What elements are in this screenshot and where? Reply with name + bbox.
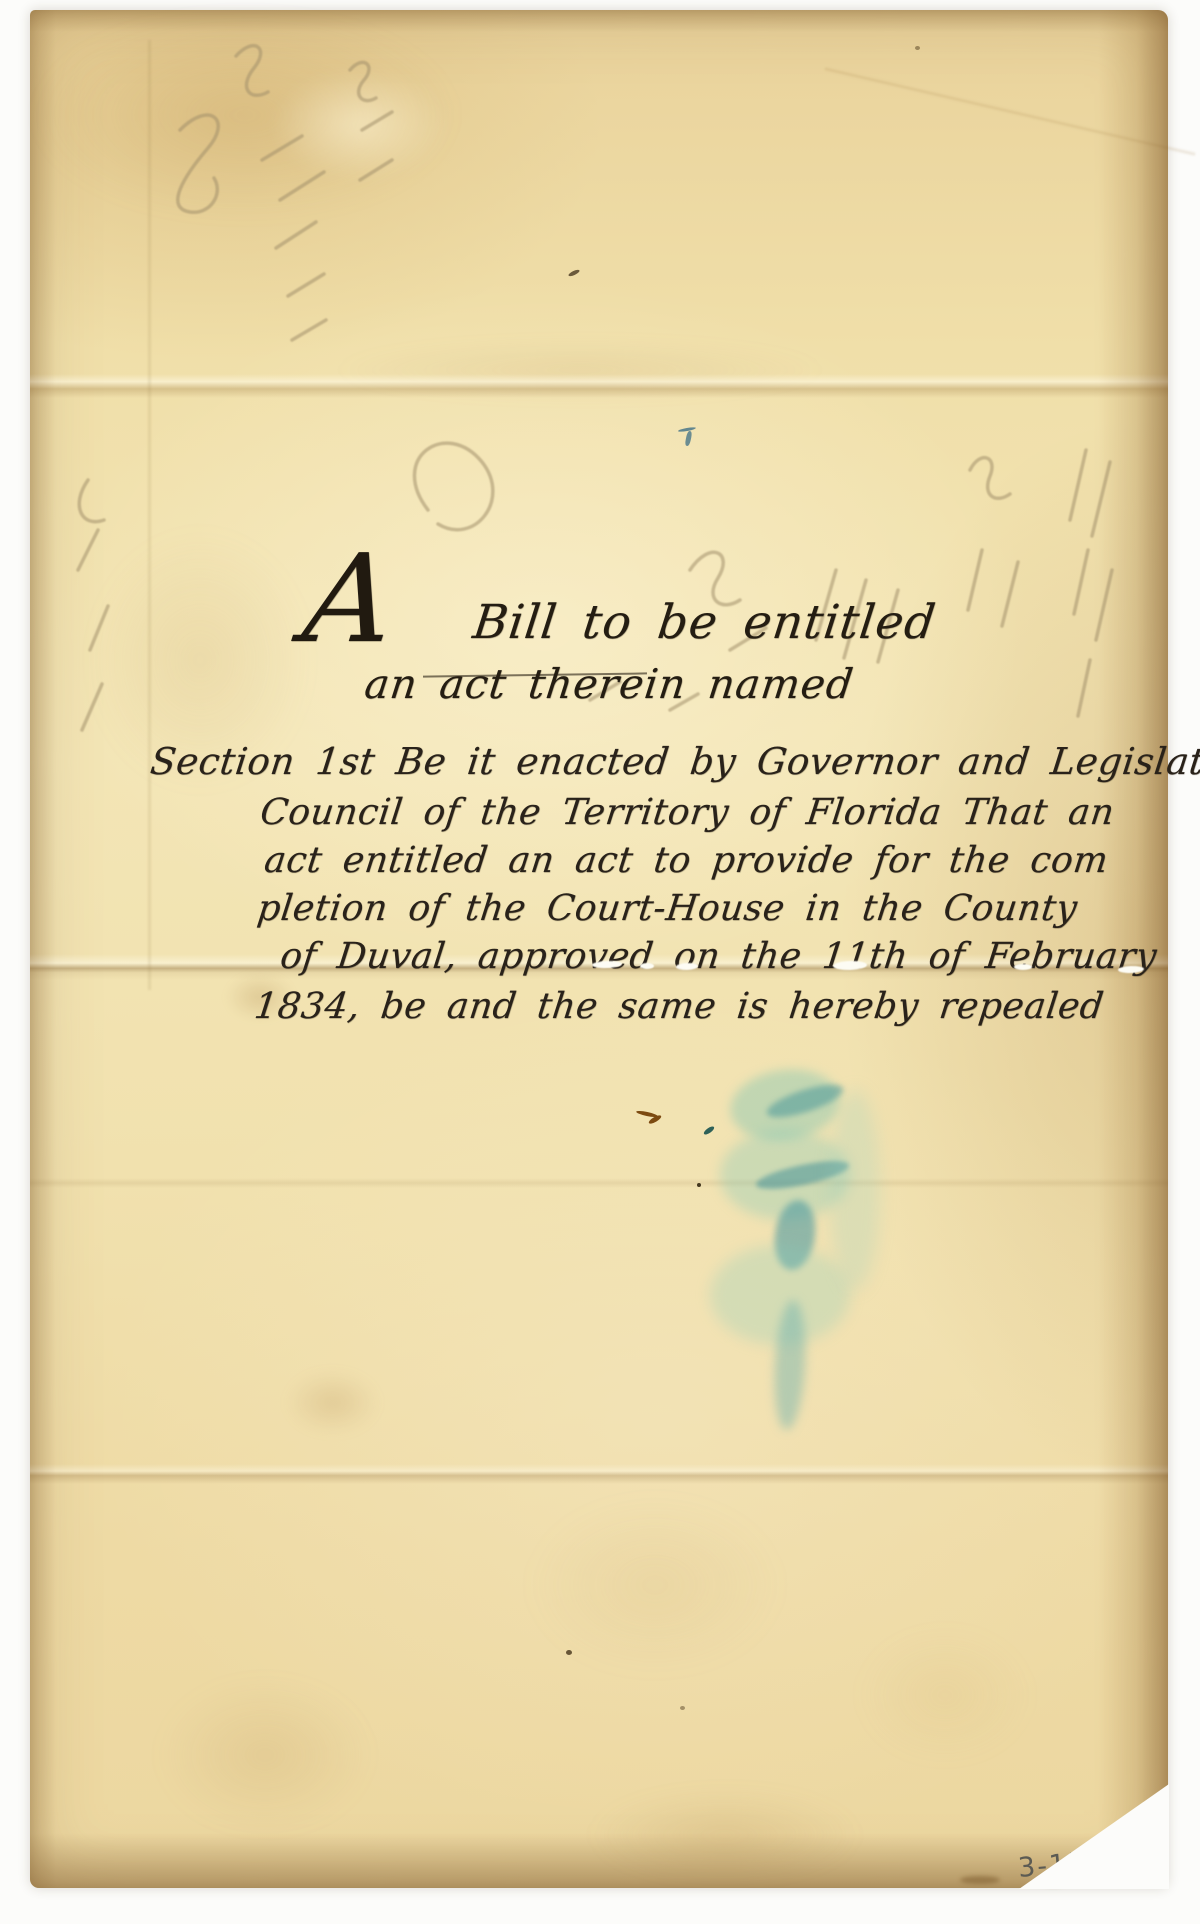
title-line-2: an act therein named [362,660,856,708]
body-line: Council of the Territory of Florida That… [258,792,1117,833]
title-line-1: Bill to be entitled [470,595,939,650]
body-line: of Duval, approved on the 11th of Februa… [278,936,1159,977]
body-line: Section 1st Be it enacted by Governor an… [148,740,1200,783]
body-line: act entitled an act to provide for the c… [262,840,1111,881]
body-line: pletion of the Court-House in the County [255,888,1080,929]
title-initial: A [298,538,401,660]
body-line: 1834, be and the same is hereby repealed [252,986,1106,1027]
paper-sheet: A Bill to be entitled an act therein nam… [30,10,1168,1888]
manuscript-scan: A Bill to be entitled an act therein nam… [0,0,1200,1924]
